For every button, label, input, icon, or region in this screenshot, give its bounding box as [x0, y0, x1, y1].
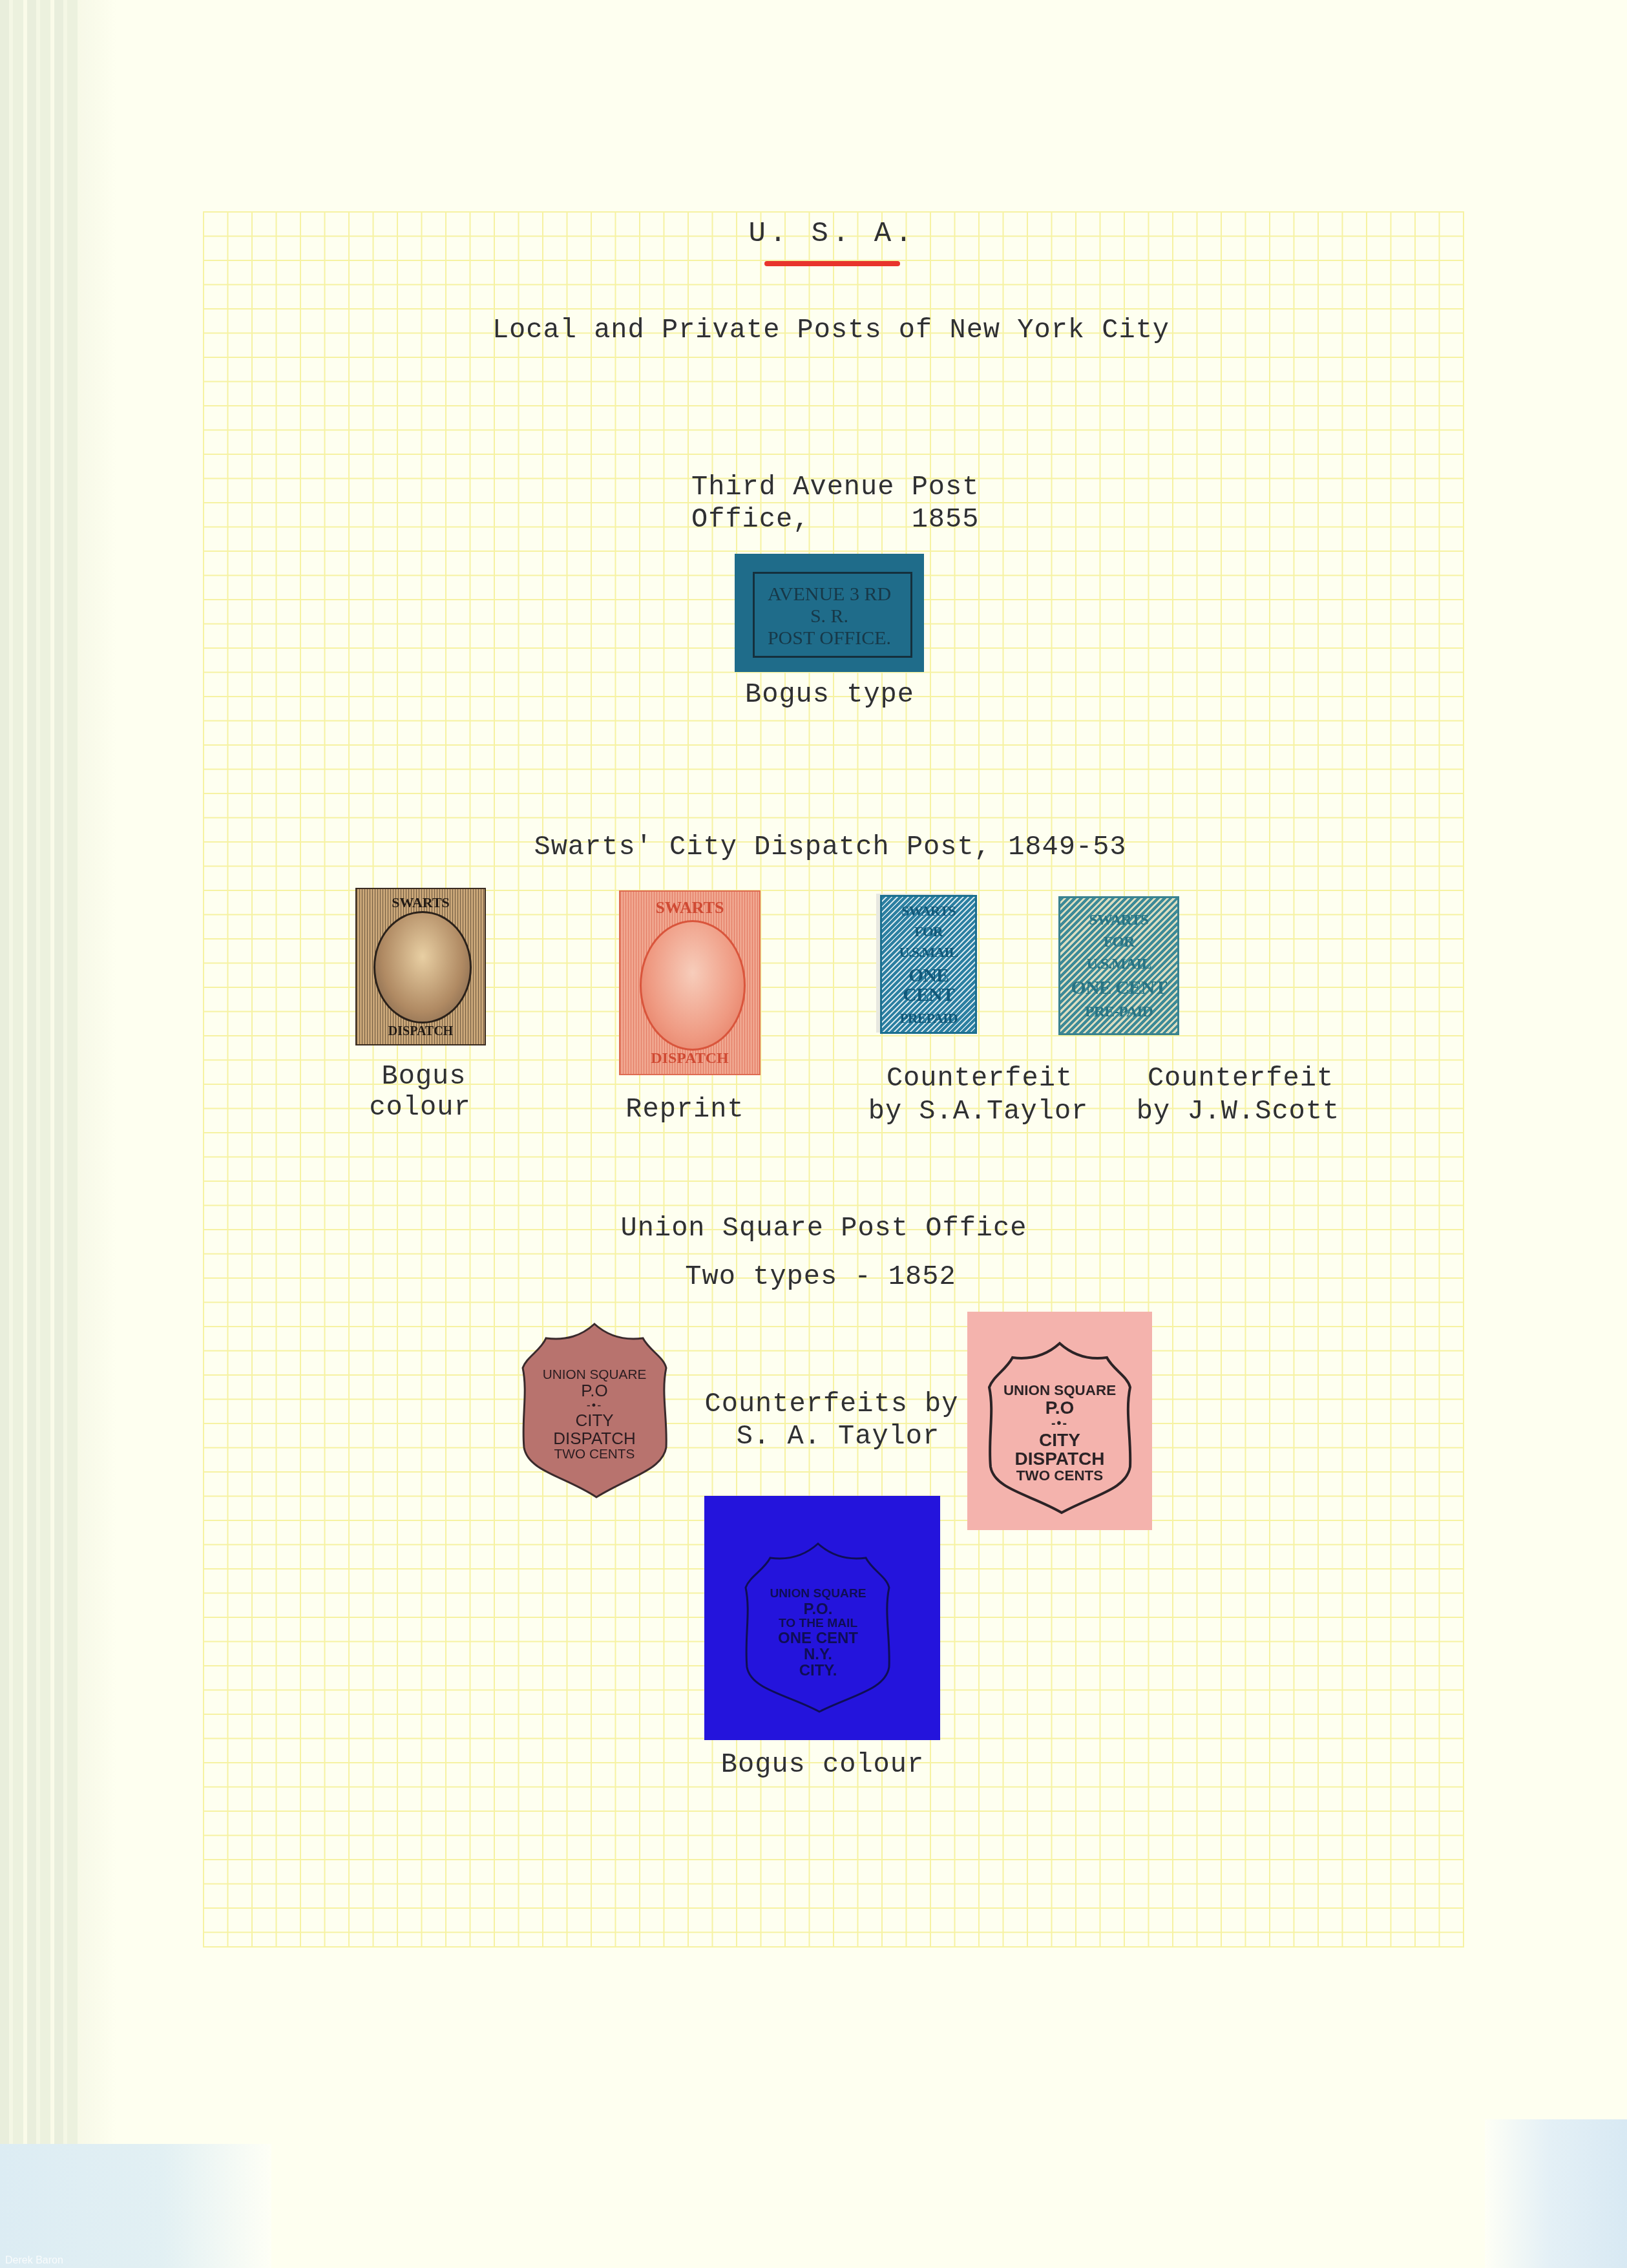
page-subtitle: Local and Private Posts of New York City [492, 317, 1170, 344]
stamp-inscription: TO THE MAIL [779, 1617, 857, 1630]
stamp-caption: Counterfeit [1148, 1065, 1334, 1092]
section-heading-union-square-line1: Union Square Post Office [621, 1215, 1027, 1242]
stamp-inscription: AVENUE 3 RD [768, 585, 891, 604]
stamp-inscription: DISPATCH [357, 1024, 485, 1039]
stamp-caption: colour [369, 1094, 470, 1121]
stamp-inscription: P.O [581, 1382, 607, 1400]
section-heading-union-square-line2: Two types - 1852 [685, 1263, 956, 1290]
stamp-inscription: UNION SQUARE [1003, 1383, 1116, 1398]
portrait-oval [373, 911, 472, 1024]
stamp-inscription: P.O. [804, 1601, 833, 1617]
stamp-inscription: DISPATCH [620, 1050, 759, 1067]
stamp-inscription: P.O [1045, 1398, 1075, 1417]
stamp-inscription: TWO CENTS [1016, 1468, 1103, 1484]
stamp-caption: Bogus [381, 1063, 466, 1090]
stamp-inscription: DISPATCH [1015, 1449, 1105, 1468]
page-title: U. S. A. [748, 220, 916, 248]
scanner-background-right [1485, 2119, 1627, 2268]
stamp-inscription: FOR [914, 925, 942, 939]
stamp-inscription: POST OFFICE. [768, 629, 891, 648]
swarts-rough-ready-stamp[interactable]: SWARTS DISPATCH [619, 890, 761, 1075]
stamp-caption: Bogus type [745, 681, 914, 708]
stamp-inscription: UNION SQUARE [770, 1588, 866, 1601]
stamp-inscription: S. R. [810, 607, 848, 626]
section-heading-swarts: Swarts' City Dispatch Post, 1849-53 [534, 834, 1126, 861]
stamp-inscription: N.Y. [804, 1646, 832, 1663]
stamp-inscription: PREPAID [899, 1011, 957, 1025]
third-avenue-stamp[interactable]: AVENUE 3 RD S. R. POST OFFICE. [735, 554, 924, 672]
stamp-inscription: ONE CENT [1071, 978, 1167, 998]
stamp-inscription: SWARTS [357, 894, 485, 911]
swarts-scott-counterfeit[interactable]: SWARTS FOR U.S.MAIL ONE CENT PRE-PAID [1058, 896, 1179, 1035]
union-square-two-cents-shield[interactable]: UNION SQUARE P.O -•- CITY DISPATCH TWO C… [520, 1321, 669, 1499]
stamp-inscription: -•- [1051, 1417, 1068, 1431]
section-heading-third-avenue-line2: Office, 1855 [691, 506, 979, 533]
counterfeits-note: S. A. Taylor [737, 1423, 939, 1450]
union-square-two-cents-pink[interactable]: UNION SQUARE P.O -•- CITY DISPATCH TWO C… [967, 1312, 1152, 1530]
counterfeits-note: Counterfeits by [704, 1391, 958, 1418]
portrait-oval [640, 920, 746, 1051]
album-page-edge [0, 0, 78, 2144]
stamp-caption: Counterfeit [887, 1065, 1073, 1092]
stamp-caption: Bogus colour [721, 1751, 924, 1778]
stamp-inscription: CITY. [799, 1663, 837, 1679]
title-underline [764, 261, 900, 266]
stamp-inscription: FOR [1104, 934, 1135, 950]
stamp-caption: by J.W.Scott [1137, 1098, 1339, 1125]
stamp-inscription: DISPATCH [553, 1430, 636, 1447]
stamp-inscription: SWARTS [1089, 912, 1149, 928]
swarts-taylor-counterfeit[interactable]: SWARTS FOR U.S.MAIL ONE CENT PREPAID [880, 895, 977, 1034]
stamp-caption: Reprint [625, 1096, 744, 1123]
stamp-inscription: U.S.MAIL [1086, 956, 1151, 972]
stamp-inscription: TWO CENTS [554, 1447, 635, 1462]
stamp-inscription: PRE-PAID [1085, 1004, 1153, 1020]
union-square-one-cent-blue[interactable]: UNION SQUARE P.O. TO THE MAIL ONE CENT N… [704, 1496, 940, 1740]
stamp-inscription: ONE CENT [778, 1630, 858, 1646]
stamp-inscription: UNION SQUARE [543, 1368, 647, 1382]
scanner-background-left [0, 2144, 271, 2268]
watermark: Derek Baron [5, 2255, 63, 2267]
stamp-caption: by S.A.Taylor [868, 1098, 1089, 1125]
section-heading-third-avenue-line1: Third Avenue Post [691, 474, 979, 501]
stamp-inscription: SWARTS [620, 898, 759, 918]
stamp-inscription: CITY [575, 1412, 613, 1429]
stamp-inscription: U.S.MAIL [899, 945, 958, 960]
stamp-inscription: ONE CENT [882, 966, 975, 1005]
stamp-inscription: CITY [1039, 1431, 1080, 1449]
stamp-inscription: SWARTS [901, 904, 956, 918]
swarts-chatham-stamp[interactable]: SWARTS DISPATCH [355, 888, 486, 1045]
